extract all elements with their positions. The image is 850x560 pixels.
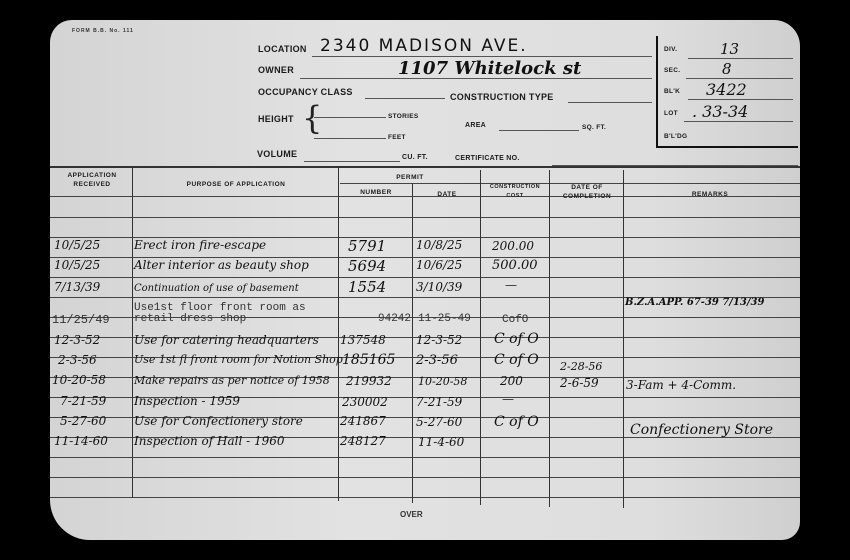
row-line (50, 457, 800, 458)
stories-line (314, 117, 386, 118)
header-completion: DATE OF COMPLETION (551, 183, 623, 201)
row-number: 94242 (378, 313, 411, 325)
volume-label: VOLUME (257, 149, 297, 159)
row-purpose: Use 1st fl front room for Notion Shop (134, 353, 343, 366)
row-cost: C of O (494, 331, 539, 347)
row-completion: 2-6-59 (560, 376, 599, 390)
row-received: 10-20-58 (52, 373, 106, 387)
owner-label: OWNER (258, 65, 294, 75)
row-number: 5791 (348, 237, 386, 255)
row-date: 11-4-60 (418, 435, 464, 449)
header-permit: PERMIT (340, 173, 480, 182)
row-date: 12-3-52 (416, 333, 462, 347)
brace-icon: { (302, 102, 322, 134)
row-number: 1554 (348, 278, 386, 296)
area-label: AREA (465, 122, 486, 129)
row-received: 11-14-60 (54, 434, 108, 448)
location-line (312, 56, 652, 57)
row-cost: — (502, 392, 514, 406)
div-line (688, 58, 793, 59)
row-purpose: Erect iron fire-escape (134, 238, 266, 252)
location-label: LOCATION (258, 44, 307, 54)
row-received: 7/13/39 (54, 280, 100, 294)
lot-value: . 33-34 (692, 102, 748, 121)
occupancy-class-label: OCCUPANCY CLASS (258, 87, 353, 97)
row-remarks: 3-Fam + 4-Comm. (626, 378, 736, 392)
volume-unit: CU. FT. (402, 154, 428, 161)
blk-label: BL'K (664, 88, 680, 95)
table-top-border (50, 166, 800, 168)
occupancy-class-line (365, 98, 445, 99)
header-purpose: PURPOSE OF APPLICATION (134, 180, 338, 189)
row-cost: CofO (502, 314, 528, 326)
row-purpose: Continuation of use of basement (134, 283, 299, 294)
building-record-card: FORM B.B. No. 111 LOCATION 2340 MADISON … (50, 20, 800, 540)
feet-label: FEET (388, 134, 406, 141)
header-number: NUMBER (340, 188, 412, 197)
header-remarks: REMARKS (625, 190, 795, 199)
row-line (50, 477, 800, 478)
row-line (50, 277, 800, 278)
row-completion: 2-28-56 (560, 360, 602, 373)
row-line (50, 217, 800, 218)
lot-label: LOT (664, 110, 678, 117)
row-date: 3/10/39 (416, 280, 462, 294)
over-label: OVER (400, 510, 423, 519)
row-received: 10/5/25 (54, 238, 100, 252)
col-divider (549, 170, 550, 507)
col-divider (338, 166, 339, 501)
row-purpose: Alter interior as beauty shop (134, 258, 309, 272)
row-purpose: Use1st floor front room as retail dress … (134, 303, 338, 325)
row-number: 185165 (342, 352, 395, 368)
area-line (499, 130, 579, 131)
construction-type-label: CONSTRUCTION TYPE (450, 92, 554, 102)
height-label: HEIGHT (258, 114, 294, 124)
row-line (50, 497, 800, 498)
row-cost: — (505, 278, 517, 292)
row-remarks: Confectionery Store (630, 422, 773, 438)
row-cost: 200 (500, 374, 523, 388)
row-purpose: Inspection of Hall - 1960 (134, 434, 285, 448)
div-label: DIV. (664, 46, 677, 53)
header-cost: CONSTRUCTION COST (482, 183, 548, 201)
blk-value: 3422 (706, 80, 747, 99)
row-number: 241867 (340, 414, 386, 428)
row-date: 5-27-60 (416, 415, 462, 429)
construction-type-line (568, 102, 652, 103)
row-cost: C of O (494, 414, 539, 430)
row-cost: C of O (494, 352, 539, 368)
div-value: 13 (720, 40, 739, 58)
location-value: 2340 MADISON AVE. (320, 36, 528, 56)
row-date: 10-20-58 (418, 375, 467, 388)
id-box: DIV. 13 SEC. 8 BL'K 3422 LOT . 33-34 B'L… (656, 36, 798, 148)
row-number: 248127 (340, 434, 386, 448)
row-number: 230002 (342, 395, 388, 409)
row-date: 2-3-56 (416, 353, 458, 368)
row-date: 10/6/25 (416, 258, 462, 272)
feet-line (314, 138, 386, 139)
sec-line (686, 78, 793, 79)
row-cost: 200.00 (492, 239, 534, 253)
row-received: 2-3-56 (58, 353, 97, 367)
volume-line (304, 161, 400, 162)
form-number: FORM B.B. No. 111 (72, 28, 134, 34)
bldg-label: B'L'DG (664, 133, 687, 140)
row-date: 10/8/25 (416, 238, 462, 252)
sec-label: SEC. (664, 67, 680, 74)
row-received: 10/5/25 (54, 258, 100, 272)
row-purpose: Make repairs as per notice of 1958 (134, 374, 330, 387)
row-purpose: Use for catering headquarters (134, 333, 319, 347)
col-divider (412, 183, 413, 503)
area-unit: SQ. FT. (582, 124, 606, 131)
header-date: DATE (414, 190, 480, 199)
row-purpose: Use for Confectionery store (134, 414, 303, 428)
row-number: 219932 (346, 374, 392, 388)
header-received: APPLICATION RECEIVED (52, 171, 132, 189)
row-remarks: B.Z.A.APP. 67-39 7/13/39 (625, 297, 764, 308)
sec-value: 8 (722, 60, 732, 78)
col-divider (480, 170, 481, 505)
row-cost: 500.00 (492, 258, 538, 273)
row-date: 7-21-59 (416, 395, 462, 409)
row-received: 5-27-60 (60, 414, 106, 428)
row-number: 5694 (348, 257, 386, 275)
row-purpose: Inspection - 1959 (134, 394, 240, 408)
lot-line (684, 121, 793, 122)
certificate-no-label: CERTIFICATE NO. (455, 155, 520, 162)
stories-label: STORIES (388, 113, 419, 120)
owner-value: 1107 Whitelock st (398, 58, 581, 79)
row-received: 7-21-59 (60, 394, 106, 408)
row-received: 11/25/49 (52, 313, 110, 327)
row-date: 11-25-49 (418, 313, 471, 325)
row-received: 12-3-52 (54, 333, 100, 347)
col-divider (623, 170, 624, 508)
row-number: 137548 (340, 333, 386, 347)
col-divider (132, 166, 133, 498)
blk-line (688, 99, 793, 100)
